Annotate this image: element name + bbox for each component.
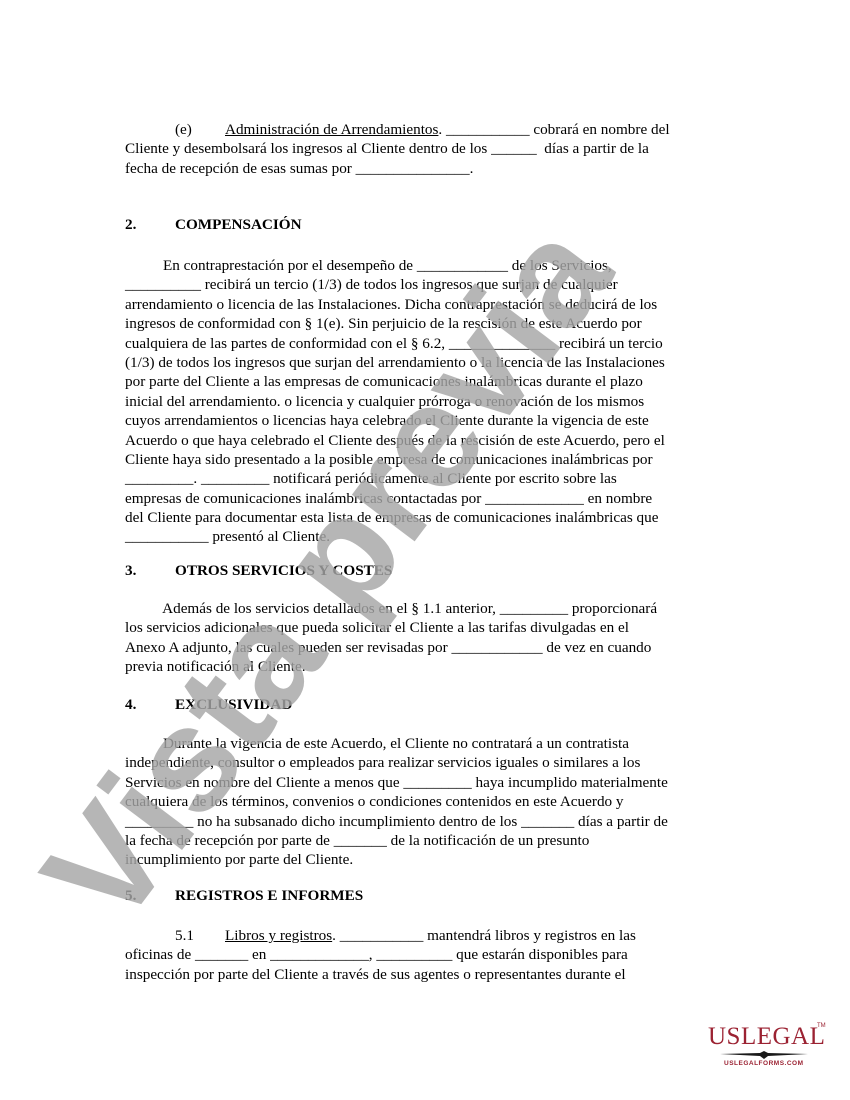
section-heading: 5.REGISTROS E INFORMES [125,887,363,905]
body-line: ingresos de conformidad con § 1(e). Sin … [125,314,725,333]
section-heading: 3.OTROS SERVICIOS Y COSTES [125,562,392,580]
paragraph-e-title: Administración de Arrendamientos [225,121,438,138]
section-heading: 2.COMPENSACIÓN [125,216,302,234]
body-line: _________. _________ notificará periódic… [125,469,725,488]
paragraph-e-rest: . ___________ cobrará en nombre del [438,121,669,138]
body-line: arrendamiento o licencia de las Instalac… [125,295,725,314]
body-line: los servicios adicionales que pueda soli… [125,618,725,637]
body-line: independiente, consultor o empleados par… [125,753,725,772]
body-line: empresas de comunicaciones inalámbricas … [125,489,725,508]
section-otros-servicios-body: Además de los servicios detallados en el… [125,599,725,677]
body-line: Cliente haya sido presentado a la posibl… [125,450,725,469]
body-line: oficinas de _______ en _____________, __… [125,945,725,964]
body-line: (1/3) de todos los ingresos que surjan d… [125,353,725,372]
body-line: cualquiera de las partes de conformidad … [125,334,725,353]
body-line: Servicios en nombre del Cliente a menos … [125,773,725,792]
body-line: _________ no ha subsanado dicho incumpli… [125,812,725,831]
section-heading: 4.EXCLUSIVIDAD [125,696,292,714]
document-page: (e)Administración de Arrendamientos. ___… [0,0,850,1100]
body-line: Anexo A adjunto, las cuales pueden ser r… [125,638,725,657]
paragraph-e-label: (e) [175,120,225,139]
body-line: cualquiera de los términos, convenios o … [125,792,725,811]
body-line: En contraprestación por el desempeño de … [125,256,725,275]
section-registros-body: 5.1Libros y registros. ___________ mante… [125,926,725,984]
paragraph-e: (e)Administración de Arrendamientos. ___… [125,120,725,178]
body-line: del Cliente para documentar esta lista d… [125,508,725,527]
section-compensacion-body: En contraprestación por el desempeño de … [125,256,725,547]
subsection-label: 5.1 [175,926,225,945]
body-line: Además de los servicios detallados en el… [125,599,725,618]
body-line: incumplimiento por parte del Cliente. [125,850,725,869]
logo-url: USLEGALFORMS.COM [724,1060,804,1067]
uslegal-logo: USLEGAL TM USLEGALFORMS.COM [700,1020,830,1070]
logo-tm: TM [817,1023,826,1029]
body-line: cuyos arrendamientos o licencias haya ce… [125,411,725,430]
body-line: Durante la vigencia de este Acuerdo, el … [125,734,725,753]
body-line: por parte del Cliente a las empresas de … [125,372,725,391]
body-line: __________ recibirá un tercio (1/3) de t… [125,275,725,294]
body-line: inicial del arrendamiento. o licencia y … [125,392,725,411]
section-exclusividad-body: Durante la vigencia de este Acuerdo, el … [125,734,725,870]
subsection-title: Libros y registros [225,927,332,944]
eagle-wings-icon [720,1051,808,1059]
logo-brand: USLEGAL [708,1023,825,1051]
body-line: previa notificación al Cliente. [125,657,725,676]
paragraph-e-line: Cliente y desembolsará los ingresos al C… [125,139,725,158]
body-line: la fecha de recepción por parte de _____… [125,831,725,850]
body-line: Acuerdo o que haya celebrado el Cliente … [125,431,725,450]
body-line: inspección por parte del Cliente a travé… [125,965,725,984]
paragraph-e-line: fecha de recepción de esas sumas por ___… [125,159,725,178]
body-line: ___________ presentó al Cliente. [125,527,725,546]
